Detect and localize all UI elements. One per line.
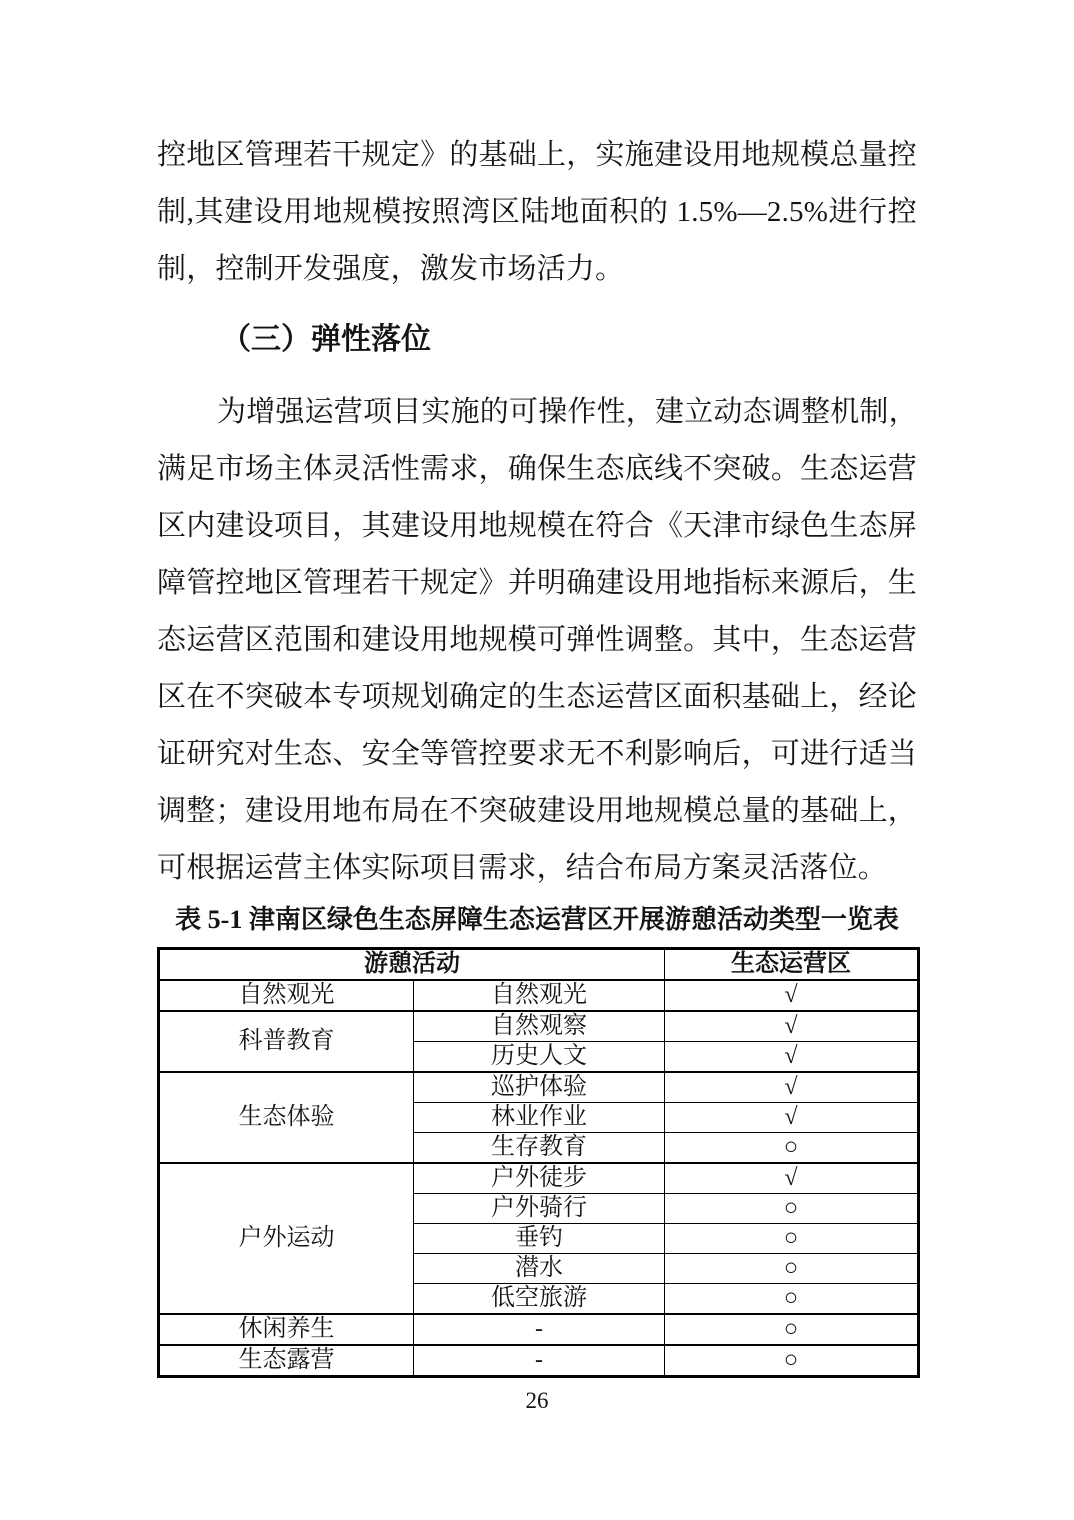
table-row: 科普教育自然观察√ — [159, 1011, 919, 1042]
table-row: 生态体验巡护体验√ — [159, 1072, 919, 1103]
text-line: 制,其建设用地规模按照湾区陆地面积的 1.5%—2.5%进行控 — [157, 184, 917, 241]
text-line: 制，控制开发强度，激发市场活力。 — [157, 241, 917, 298]
category-cell: 户外运动 — [159, 1163, 414, 1314]
text-line: 区内建设项目，其建设用地规模在符合《天津市绿色生态屏 — [157, 498, 917, 555]
text-line: 调整；建设用地布局在不突破建设用地规模总量的基础上， — [157, 783, 917, 840]
text-line: 满足市场主体灵活性需求，确保生态底线不突破。生态运营 — [157, 441, 917, 498]
activity-cell: 林业作业 — [414, 1103, 665, 1133]
circle-mark: ○ — [665, 1314, 919, 1345]
table-row: 户外运动户外徒步√ — [159, 1163, 919, 1194]
text-line: 态运营区范围和建设用地规模可弹性调整。其中，生态运营 — [157, 612, 917, 669]
text-line: 可根据运营主体实际项目需求，结合布局方案灵活落位。 — [157, 840, 917, 897]
text-line: 障管控地区管理若干规定》并明确建设用地指标来源后，生 — [157, 555, 917, 612]
category-cell: 科普教育 — [159, 1011, 414, 1072]
table-row: 自然观光自然观光√ — [159, 980, 919, 1011]
circle-mark: ○ — [665, 1345, 919, 1377]
activity-cell: 户外骑行 — [414, 1194, 665, 1224]
col-header-zone: 生态运营区 — [665, 949, 919, 981]
check-mark: √ — [665, 1103, 919, 1133]
table-header-row: 游憩活动 生态运营区 — [159, 949, 919, 981]
text-line: 为增强运营项目实施的可操作性，建立动态调整机制， — [157, 384, 917, 441]
category-cell: 生态体验 — [159, 1072, 414, 1163]
recreation-activity-table: 游憩活动 生态运营区 自然观光自然观光√科普教育自然观察√历史人文√生态体验巡护… — [157, 947, 920, 1378]
activity-cell: 巡护体验 — [414, 1072, 665, 1103]
category-cell: 休闲养生 — [159, 1314, 414, 1345]
check-mark: √ — [665, 980, 919, 1011]
category-cell: 自然观光 — [159, 980, 414, 1011]
check-mark: √ — [665, 1072, 919, 1103]
page-content: 控地区管理若干规定》的基础上，实施建设用地规模总量控制,其建设用地规模按照湾区陆… — [157, 0, 917, 1414]
activity-cell: - — [414, 1345, 665, 1377]
circle-mark: ○ — [665, 1254, 919, 1284]
activity-cell: 垂钓 — [414, 1224, 665, 1254]
activity-cell: 低空旅游 — [414, 1284, 665, 1315]
activity-cell: 潜水 — [414, 1254, 665, 1284]
activity-cell: - — [414, 1314, 665, 1345]
category-cell: 生态露营 — [159, 1345, 414, 1377]
table-title: 表 5-1 津南区绿色生态屏障生态运营区开展游憩活动类型一览表 — [157, 897, 917, 943]
section-heading: （三）弹性落位 — [157, 311, 917, 368]
document-page: 控地区管理若干规定》的基础上，实施建设用地规模总量控制,其建设用地规模按照湾区陆… — [0, 0, 1074, 1520]
text-line: 证研究对生态、安全等管控要求无不利影响后，可进行适当 — [157, 726, 917, 783]
activity-cell: 自然观察 — [414, 1011, 665, 1042]
text-line: 区在不突破本专项规划确定的生态运营区面积基础上，经论 — [157, 669, 917, 726]
activity-cell: 生存教育 — [414, 1133, 665, 1164]
check-mark: √ — [665, 1042, 919, 1073]
col-header-activity: 游憩活动 — [159, 949, 665, 981]
table-row: 生态露营-○ — [159, 1345, 919, 1377]
circle-mark: ○ — [665, 1133, 919, 1164]
activity-cell: 自然观光 — [414, 980, 665, 1011]
circle-mark: ○ — [665, 1194, 919, 1224]
check-mark: √ — [665, 1163, 919, 1194]
circle-mark: ○ — [665, 1284, 919, 1315]
text-line: 控地区管理若干规定》的基础上，实施建设用地规模总量控 — [157, 127, 917, 184]
paragraph-land-control: 控地区管理若干规定》的基础上，实施建设用地规模总量控制,其建设用地规模按照湾区陆… — [157, 127, 917, 298]
activity-cell: 历史人文 — [414, 1042, 665, 1073]
table-row: 休闲养生-○ — [159, 1314, 919, 1345]
circle-mark: ○ — [665, 1224, 919, 1254]
activity-cell: 户外徒步 — [414, 1163, 665, 1194]
check-mark: √ — [665, 1011, 919, 1042]
paragraph-flexible-placement: 为增强运营项目实施的可操作性，建立动态调整机制，满足市场主体灵活性需求，确保生态… — [157, 384, 917, 897]
page-number: 26 — [157, 1388, 917, 1414]
